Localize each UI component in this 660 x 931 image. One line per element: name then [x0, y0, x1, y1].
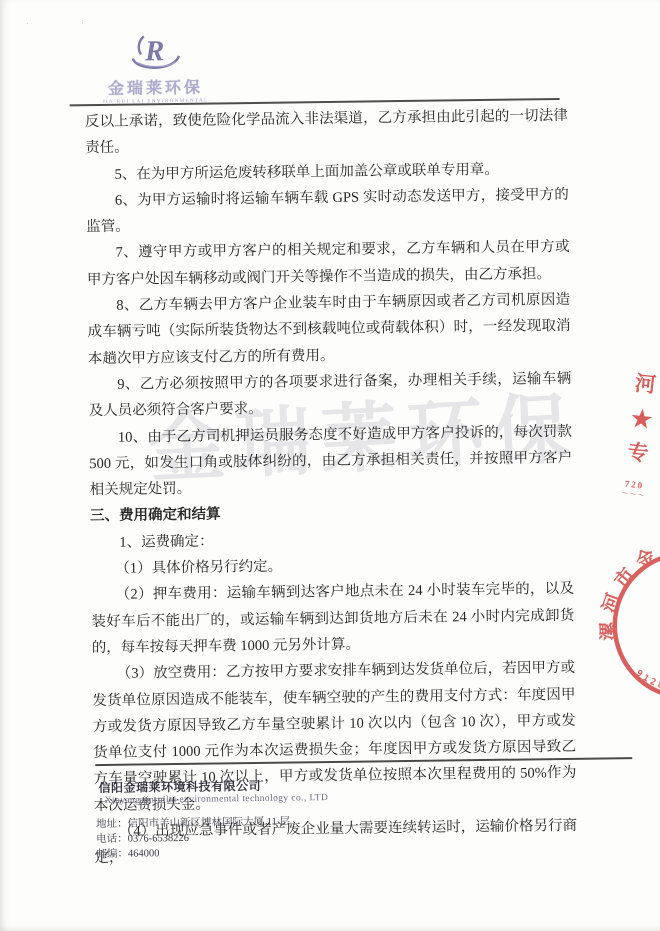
- footer-address: 地址：信阳市羊山新区博林国际大厦 11 层: [96, 814, 290, 832]
- seal-character: 专: [615, 434, 660, 472]
- seal-character: 河: [623, 366, 660, 404]
- scanned-contract-page: · : R 金瑞莱环保 JIN RUI LAI ENVIRONMENTAL 金瑞…: [0, 0, 660, 931]
- svg-text:R: R: [144, 35, 165, 67]
- logo-brand-cn: 金瑞莱环保: [100, 75, 210, 99]
- red-seal-fragment-top: 河 ★ 专 720 〜〜〜: [612, 366, 660, 502]
- round-seal-icon: 漯河市金 ★ 91288 运: [562, 501, 660, 750]
- contract-clause: 6、为甲方运输时将运输车辆车载 GPS 实时动态发送甲方，接受甲方的监管。: [86, 182, 570, 241]
- scan-speck: ·: [27, 20, 29, 28]
- contract-clause: 10、由于乙方司机押运员服务态度不好造成甲方客户投诉的，每次罚款 500 元，如…: [89, 418, 573, 503]
- svg-text:91288: 91288: [632, 660, 660, 703]
- logo-jr-icon: R: [123, 32, 188, 75]
- footer-company-name: 信阳金瑞莱环境科技有限公司: [98, 777, 261, 796]
- scan-skew-wrapper: · : R 金瑞莱环保 JIN RUI LAI ENVIRONMENTAL 金瑞…: [0, 0, 660, 931]
- footer-postcode: 邮编：464000: [96, 845, 159, 861]
- contract-body: 反以上承诺，致使危险化学品流入非法渠道，乙方承担由此引起的一切法律责任。 5、在…: [85, 103, 578, 872]
- red-seal-fragment-bottom: 漯河市金 ★ 91288 运: [562, 501, 660, 755]
- contract-clause: 7、遵守甲方或甲方客户的相关规定和要求，乙方车辆和人员在甲方或甲方客户处因车辆移…: [86, 234, 570, 293]
- footer-phone: 电话：0376-6538226: [96, 830, 189, 846]
- contract-clause: 反以上承诺，致使危险化学品流入非法渠道，乙方承担由此引起的一切法律责任。: [85, 103, 569, 162]
- seal-star-icon: ★: [619, 399, 660, 438]
- svg-text:漯河市金: 漯河市金: [575, 539, 660, 646]
- contract-clause: 8、乙方车辆去甲方客户企业装车时由于车辆原因或者乙方司机原因造成车辆亏吨（实际所…: [87, 287, 571, 372]
- contract-subclause: （2）押车费用：运输车辆到达客户地点未在 24 小时装车完毕的，以及装好车后不能…: [91, 576, 575, 661]
- scan-speck: :: [82, 17, 84, 25]
- company-logo: R 金瑞莱环保 JIN RUI LAI ENVIRONMENTAL: [100, 32, 211, 105]
- contract-clause: 9、乙方必须按照甲方的各项要求进行备案，办理相关手续，运输车辆及人员必须符合客户…: [88, 366, 572, 425]
